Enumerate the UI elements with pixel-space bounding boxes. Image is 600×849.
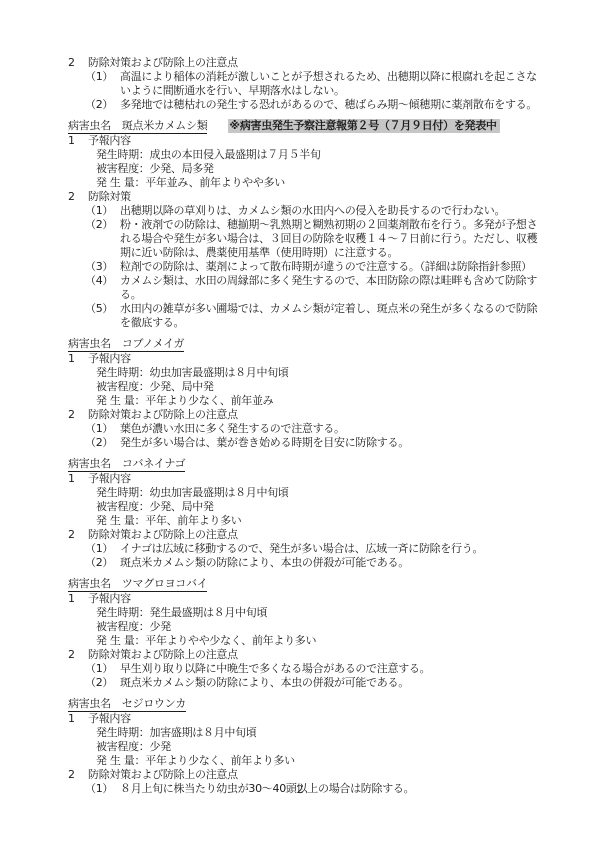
forecast-line: 被害程度：少発 — [96, 740, 542, 754]
heading-number: 1 — [68, 472, 88, 486]
forecast-line: 被害程度：少発 — [96, 620, 542, 634]
heading-title: 防除対策および防除上の注意点 — [88, 408, 238, 421]
pest-name-value: コブノメイガ — [122, 337, 184, 350]
item-text: 斑点米カメムシ類の防除により、本虫の併殺が可能である。 — [120, 676, 409, 689]
forecast-heading: 1予報内容 — [68, 352, 542, 366]
pest-name-label: 病害虫名 — [68, 697, 111, 710]
item-text: カメムシ類は、水田の周縁部に多く発生するので、本田防除の際は畦畔も含めて防除する… — [120, 274, 537, 301]
control-item: （2）斑点米カメムシ類の防除により、本虫の併殺が可能である。 — [85, 556, 542, 570]
document-page: 2防除対策および防除上の注意点 （1）高温により稲体の消耗が激しいことが予想され… — [0, 0, 600, 849]
control-heading: 2防除対策 — [68, 190, 542, 204]
notice-badge: ※病害虫発生予察注意報第２号（７月９日付）を発表中 — [228, 119, 499, 133]
pest-name-value: ツマグロヨコバイ — [122, 577, 208, 590]
item-text: 出穂期以降の草刈りは、カメムシ類の水田内への侵入を助長するので行わない。 — [120, 204, 505, 217]
heading-title: 予報内容 — [88, 712, 131, 725]
forecast-line: 被害程度：少発、局多発 — [96, 162, 542, 176]
pest-name-heading: 病害虫名コブノメイガ — [68, 337, 184, 352]
heading-number: 2 — [68, 648, 88, 662]
heading-title: 防除対策および防除上の注意点 — [88, 648, 238, 661]
pest-heading-line: 病害虫名斑点米カメムシ類※病害虫発生予察注意報第２号（７月９日付）を発表中 — [68, 119, 542, 134]
forecast-line: 被害程度：少発、局中発 — [96, 500, 542, 514]
pest-section: 病害虫名斑点米カメムシ類※病害虫発生予察注意報第２号（７月９日付）を発表中 1予… — [68, 119, 542, 330]
forecast-line: 発 生 量：平年並み、前年よりやや多い — [96, 176, 542, 190]
forecast-line: 発 生 量：平年よりやや少なく、前年より多い — [96, 634, 542, 648]
item-text: 斑点米カメムシ類の防除により、本虫の併殺が可能である。 — [120, 556, 409, 569]
item-number-label: （1） — [85, 662, 120, 676]
control-heading: 2防除対策および防除上の注意点 — [68, 768, 542, 782]
item-number-label: （1） — [85, 422, 120, 436]
item-text: イナゴは広域に移動するので、発生が多い場合は、広域一斉に防除を行う。 — [120, 542, 483, 555]
forecast-line: 発 生 量：平年より少なく、前年より多い — [96, 754, 542, 768]
control-heading: 2防除対策および防除上の注意点 — [68, 408, 542, 422]
forecast-line: 発生時期：成虫の本田侵入最盛期は７月５半旬 — [96, 148, 542, 162]
item-number-label: （5） — [85, 302, 120, 316]
forecast-line: 発 生 量：平年より少なく、前年並み — [96, 394, 542, 408]
heading-number: 1 — [68, 592, 88, 606]
pest-name-heading: 病害虫名セジロウンカ — [68, 697, 186, 712]
control-item: （2）発生が多い場合は、葉が巻き始める時期を目安に防除する。 — [85, 436, 542, 450]
forecast-line: 発生時期：発生最盛期は８月中旬頃 — [96, 606, 542, 620]
item-number-label: （4） — [85, 274, 120, 288]
heading-title: 予報内容 — [88, 592, 131, 605]
item-number-label: （1） — [85, 204, 120, 218]
intro-block: 2防除対策および防除上の注意点 （1）高温により稲体の消耗が激しいことが予想され… — [68, 56, 542, 112]
pest-name-label: 病害虫名 — [68, 119, 111, 132]
pest-heading-line: 病害虫名セジロウンカ — [68, 697, 542, 712]
item-text: 葉色が濃い水田に多く発生するので注意する。 — [120, 422, 345, 435]
intro-heading: 2防除対策および防除上の注意点 — [68, 56, 542, 70]
pest-heading-line: 病害虫名コバネイナゴ — [68, 457, 542, 472]
control-item: （1）早生刈り取り以降に中晩生で多くなる場合があるので注意する。 — [85, 662, 542, 676]
pest-name-label: 病害虫名 — [68, 577, 111, 590]
heading-number: 1 — [68, 134, 88, 148]
intro-item: （2）多発地では穂枯れの発生する恐れがあるので、穂ばらみ期～傾穂期に薬剤散布をす… — [85, 98, 542, 112]
forecast-heading: 1予報内容 — [68, 592, 542, 606]
pest-name-label: 病害虫名 — [68, 457, 111, 470]
forecast-line: 発生時期：幼虫加害最盛期は８月中旬頃 — [96, 486, 542, 500]
control-item: （1）葉色が濃い水田に多く発生するので注意する。 — [85, 422, 542, 436]
control-item: （2）斑点米カメムシ類の防除により、本虫の併殺が可能である。 — [85, 676, 542, 690]
forecast-heading: 1予報内容 — [68, 712, 542, 726]
control-item: （2）粉・液剤での防除は、穂揃期～乳熟期と糊熟初期の２回薬剤散布を行う。多発が予… — [85, 218, 542, 260]
forecast-line: 被害程度：少発、局中発 — [96, 380, 542, 394]
item-number-label: （3） — [85, 260, 120, 274]
item-number-label: （2） — [85, 218, 120, 232]
item-number-label: （2） — [85, 98, 120, 112]
intro-item: （1）高温により稲体の消耗が激しいことが予想されるため、出穂期以降に根腐れを起こ… — [85, 70, 542, 98]
heading-number: 2 — [68, 408, 88, 422]
control-item: （1）イナゴは広域に移動するので、発生が多い場合は、広域一斉に防除を行う。 — [85, 542, 542, 556]
heading-title: 予報内容 — [88, 472, 131, 485]
control-heading: 2防除対策および防除上の注意点 — [68, 648, 542, 662]
heading-title: 防除対策 — [88, 190, 131, 203]
forecast-heading: 1予報内容 — [68, 472, 542, 486]
control-item: （5）水田内の雑草が多い圃場では、カメムシ類が定着し、斑点米の発生が多くなるので… — [85, 302, 542, 330]
heading-number: 1 — [68, 712, 88, 726]
heading-title: 防除対策および防除上の注意点 — [88, 528, 238, 541]
pest-name-heading: 病害虫名斑点米カメムシ類 — [68, 119, 207, 134]
heading-title: 予報内容 — [88, 134, 131, 147]
item-text: 水田内の雑草が多い圃場では、カメムシ類が定着し、斑点米の発生が多くなるので防除を… — [120, 302, 537, 329]
pest-section: 病害虫名コバネイナゴ 1予報内容 発生時期：幼虫加害最盛期は８月中旬頃 被害程度… — [68, 457, 542, 570]
page-number: 2 — [0, 783, 600, 797]
item-text: 発生が多い場合は、葉が巻き始める時期を目安に防除する。 — [120, 436, 409, 449]
item-text: 粒剤での防除は、薬剤によって散布時期が違うので注意する。（詳細は防除指針参照） — [120, 260, 532, 273]
heading-number: 2 — [68, 56, 88, 70]
pest-section: 病害虫名セジロウンカ 1予報内容 発生時期：加害盛期は８月中旬頃 被害程度：少発… — [68, 697, 542, 796]
heading-title: 防除対策および防除上の注意点 — [88, 768, 238, 781]
forecast-line: 発生時期：加害盛期は８月中旬頃 — [96, 726, 542, 740]
control-item: （3）粒剤での防除は、薬剤によって散布時期が違うので注意する。（詳細は防除指針参… — [85, 260, 542, 274]
pest-name-value: コバネイナゴ — [122, 457, 186, 470]
pest-name-heading: 病害虫名ツマグロヨコバイ — [68, 577, 207, 592]
heading-title: 防除対策および防除上の注意点 — [88, 56, 238, 69]
forecast-line: 発 生 量：平年、前年より多い — [96, 514, 542, 528]
item-number-label: （2） — [85, 676, 120, 690]
item-text: 多発地では穂枯れの発生する恐れがあるので、穂ばらみ期～傾穂期に薬剤散布をする。 — [120, 98, 537, 111]
pest-heading-line: 病害虫名コブノメイガ — [68, 337, 542, 352]
pest-name-heading: 病害虫名コバネイナゴ — [68, 457, 185, 472]
heading-number: 2 — [68, 768, 88, 782]
item-number-label: （1） — [85, 70, 120, 84]
item-number-label: （2） — [85, 436, 120, 450]
control-heading: 2防除対策および防除上の注意点 — [68, 528, 542, 542]
item-number-label: （2） — [85, 556, 120, 570]
item-text: 粉・液剤での防除は、穂揃期～乳熟期と糊熟初期の２回薬剤散布を行う。多発が予想され… — [120, 218, 537, 259]
forecast-heading: 1予報内容 — [68, 134, 542, 148]
item-text: 高温により稲体の消耗が激しいことが予想されるため、出穂期以降に根腐れを起こさない… — [120, 70, 537, 97]
heading-number: 2 — [68, 528, 88, 542]
pest-name-value: 斑点米カメムシ類 — [122, 119, 208, 132]
heading-number: 2 — [68, 190, 88, 204]
heading-number: 1 — [68, 352, 88, 366]
heading-title: 予報内容 — [88, 352, 131, 365]
item-text: 早生刈り取り以降に中晩生で多くなる場合があるので注意する。 — [120, 662, 430, 675]
control-item: （1）出穂期以降の草刈りは、カメムシ類の水田内への侵入を助長するので行わない。 — [85, 204, 542, 218]
pest-name-value: セジロウンカ — [122, 697, 186, 710]
pest-heading-line: 病害虫名ツマグロヨコバイ — [68, 577, 542, 592]
pest-section: 病害虫名ツマグロヨコバイ 1予報内容 発生時期：発生最盛期は８月中旬頃 被害程度… — [68, 577, 542, 690]
control-item: （4）カメムシ類は、水田の周縁部に多く発生するので、本田防除の際は畦畔も含めて防… — [85, 274, 542, 302]
item-number-label: （1） — [85, 542, 120, 556]
pest-section: 病害虫名コブノメイガ 1予報内容 発生時期：幼虫加害最盛期は８月中旬頃 被害程度… — [68, 337, 542, 450]
forecast-line: 発生時期：幼虫加害最盛期は８月中旬頃 — [96, 366, 542, 380]
pest-name-label: 病害虫名 — [68, 337, 111, 350]
